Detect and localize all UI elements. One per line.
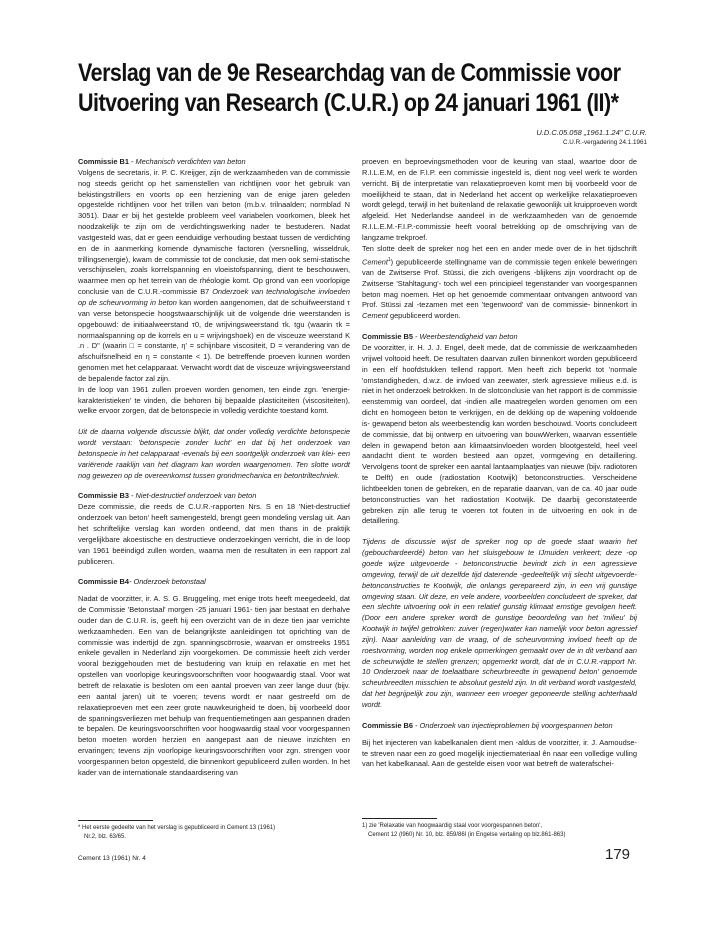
section-b5-discussion: Tijdens de discussie wijst de spreker no… bbox=[362, 537, 637, 711]
section-b5-heading: Commissie B5 - Weerbestendigheid van bet… bbox=[362, 332, 637, 343]
document-page: Verslag van de 9e Researchdag van de Com… bbox=[0, 0, 709, 936]
footnote-right: 1) zie 'Relaxatie van hoogwaardig staal … bbox=[362, 822, 565, 839]
right-column: proeven en beproevingsmethoden voor de k… bbox=[362, 157, 637, 770]
meeting-reference: C.U.R.-vergadering 24.1.1961 bbox=[536, 138, 647, 147]
section-b1-heading: Commissie B1 - Mechanisch verdichten van… bbox=[78, 157, 350, 168]
udc-code: U.D.C.05.058 „1961.1.24" C.U.R. bbox=[536, 128, 647, 138]
section-b4-body: Nadat de voorzitter, ir. A. S. G. Brugge… bbox=[78, 594, 350, 778]
footnote-rule-right bbox=[362, 818, 437, 819]
section-b3-heading: Commissie B3 - Niet-destructief onderzoe… bbox=[78, 491, 350, 502]
reference-block: U.D.C.05.058 „1961.1.24" C.U.R. C.U.R.-v… bbox=[536, 128, 647, 147]
article-title: Verslag van de 9e Researchdag van de Com… bbox=[78, 58, 594, 118]
footnote-left: * Het eerste gedeelte van het verslag is… bbox=[78, 824, 275, 841]
title-line-1: Verslag van de 9e Researchdag van de Com… bbox=[78, 58, 594, 88]
journal-reference: Cement 13 (1961) Nr. 4 bbox=[78, 855, 146, 862]
section-b4-continued: proeven en beproevingsmethoden voor de k… bbox=[362, 157, 637, 244]
section-b6-body: Bij het injecteren van kabelkanalen dien… bbox=[362, 738, 637, 771]
section-b3-body: Deze commissie, die reeds de C.U.R.-rapp… bbox=[78, 502, 350, 567]
section-b1-body: Volgens de secretaris, ir. P. C. Kreijge… bbox=[78, 168, 350, 385]
section-b1-discussion: Uit de daarna volgende discussie blijkt,… bbox=[78, 427, 350, 481]
section-b1-body-2: In de loop van 1961 zullen proeven worde… bbox=[78, 385, 350, 418]
footnote-rule-left bbox=[78, 820, 153, 821]
section-b5-body: De voorzitter, ir. H. J. J. Engel, deelt… bbox=[362, 343, 637, 527]
title-line-2: Uitvoering van Research (C.U.R.) op 24 j… bbox=[78, 88, 594, 118]
section-b6-heading: Commissie B6 - Onderzoek van injectiepro… bbox=[362, 721, 637, 732]
section-b4-heading: Commissie B4- Onderzoek betonstaal bbox=[78, 577, 350, 588]
section-b4-continued-2: Ten slotte deelt de spreker nog het een … bbox=[362, 244, 637, 322]
left-column: Commissie B1 - Mechanisch verdichten van… bbox=[78, 157, 350, 779]
page-number: 179 bbox=[605, 846, 630, 863]
